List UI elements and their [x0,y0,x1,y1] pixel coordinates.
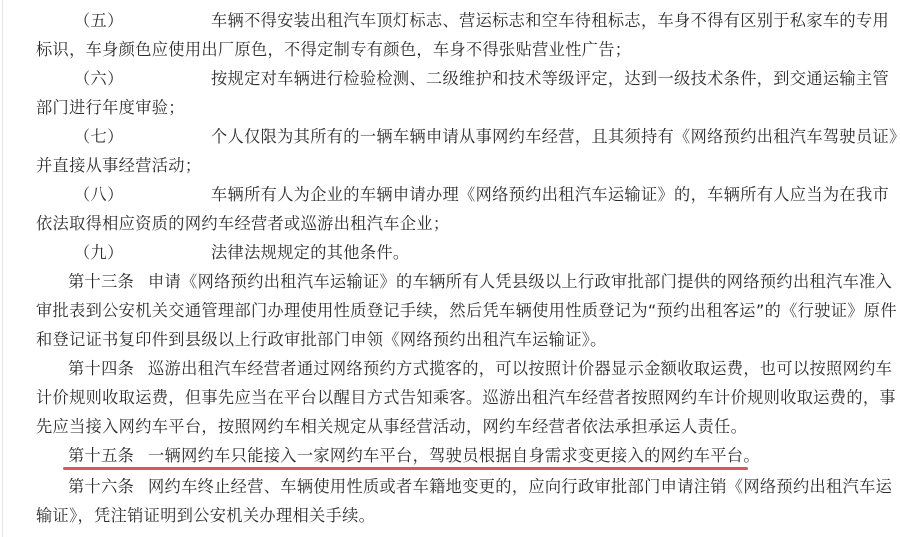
article-13-continuation-1: 审批表到公安机关交通管理部门办理使用性质登记手续，然后凭车辆使用性质登记为“预约… [36,296,896,325]
article-label: 第十六条 [68,472,134,501]
list-item-7-continuation: 并直接从事经营活动； [36,151,896,180]
article-14: 第十四条 巡游出租汽车经营者通过网络预约方式揽客的，可以按照计价器显示金额收取运… [36,354,896,383]
article-text-continued: 计价规则收取运费，但事先应当在平台以醒目方式告知乘客。巡游出租汽车经营者按照网约… [36,383,896,412]
document-body: （五） 车辆不得安装出租汽车顶灯标志、营运标志和空车待租标志，车身不得有区别于私… [36,6,896,530]
item-text: 按规定对车辆进行检验检测、二级维护和技术等级评定，达到一级技术条件，到交通运输主… [211,64,889,93]
list-item-8: （八） 车辆所有人为企业的车辆申请办理《网络预约出租汽车运输证》的，车辆所有人应… [36,180,896,209]
item-text: 个人仅限为其所有的一辆车辆申请从事网约车经营，且其须持有《网络预约出租汽车驾驶员… [211,122,900,151]
article-label: 第十四条 [68,354,134,383]
red-underline-annotation [63,467,748,470]
article-text: 一辆网约车只能接入一家网约车平台，驾驶员根据自身需求变更接入的网约车平台。 [148,441,760,470]
article-16-continuation-1: 输证》，凭注销证明到公安机关办理相关手续。 [36,501,896,530]
item-text: 车辆不得安装出租汽车顶灯标志、营运标志和空车待租标志，车身不得有区别于私家车的专… [211,6,889,35]
article-14-continuation-2: 先应当接入网约车平台，按照网约车相关规定从事经营活动，网约车经营者依法承担承运人… [36,412,896,441]
article-16: 第十六条 网约车终止经营、车辆使用性质或者车籍地变更的，应向行政审批部门申请注销… [36,472,896,501]
article-text: 网约车终止经营、车辆使用性质或者车籍地变更的，应向行政审批部门申请注销《网络预约… [148,472,892,501]
list-item-6-continuation: 部门进行年度审验； [36,93,896,122]
item-number: （六） [74,64,124,93]
article-text: 巡游出租汽车经营者通过网络预约方式揽客的，可以按照计价器显示金额收取运费，也可以… [148,354,892,383]
item-text-continued: 部门进行年度审验； [36,93,185,122]
article-text-continued: 输证》，凭注销证明到公安机关办理相关手续。 [36,501,375,530]
article-13-continuation-2: 和登记证书复印件到县级以上行政审批部门申领《网络预约出租汽车运输证》。 [36,325,896,354]
list-item-8-continuation: 依法取得相应资质的网约车经营者或巡游出租汽车企业； [36,209,896,238]
article-14-continuation-1: 计价规则收取运费，但事先应当在平台以醒目方式告知乘客。巡游出租汽车经营者按照网约… [36,383,896,412]
list-item-7: （七） 个人仅限为其所有的一辆车辆申请从事网约车经营，且其须持有《网络预约出租汽… [36,122,896,151]
article-text: 申请《网络预约出租汽车运输证》的车辆所有人凭县级以上行政审批部门提供的网络预约出… [148,267,892,296]
item-text-continued: 并直接从事经营活动； [36,151,201,180]
article-label: 第十三条 [68,267,134,296]
article-text-continued: 和登记证书复印件到县级以上行政审批部门申领《网络预约出租汽车运输证》。 [36,325,607,354]
list-item-9: （九） 法律法规规定的其他条件。 [36,238,896,267]
article-text-continued: 先应当接入网约车平台，按照网约车相关规定从事经营活动，网约车经营者依法承担承运人… [36,412,747,441]
article-label: 第十五条 [68,441,134,470]
item-text-continued: 标识，车身颜色应使用出厂原色，不得定制专有颜色，车身不得张贴营业性广告； [36,35,631,64]
item-number: （九） [74,238,124,267]
item-number: （八） [74,180,124,209]
list-item-5: （五） 车辆不得安装出租汽车顶灯标志、营运标志和空车待租标志，车身不得有区别于私… [36,6,896,35]
page-left-border [2,0,3,537]
list-item-6: （六） 按规定对车辆进行检验检测、二级维护和技术等级评定，达到一级技术条件，到交… [36,64,896,93]
item-text: 法律法规规定的其他条件。 [211,238,409,267]
item-number: （五） [74,6,124,35]
item-text: 车辆所有人为企业的车辆申请办理《网络预约出租汽车运输证》的，车辆所有人应当为在我… [211,180,889,209]
item-number: （七） [74,122,124,151]
list-item-5-continuation: 标识，车身颜色应使用出厂原色，不得定制专有颜色，车身不得张贴营业性广告； [36,35,896,64]
item-text-continued: 依法取得相应资质的网约车经营者或巡游出租汽车企业； [36,209,449,238]
article-15-highlighted: 第十五条 一辆网约车只能接入一家网约车平台，驾驶员根据自身需求变更接入的网约车平… [36,441,896,472]
article-13: 第十三条 申请《网络预约出租汽车运输证》的车辆所有人凭县级以上行政审批部门提供的… [36,267,896,296]
article-text-continued: 审批表到公安机关交通管理部门办理使用性质登记手续，然后凭车辆使用性质登记为“预约… [36,296,897,325]
